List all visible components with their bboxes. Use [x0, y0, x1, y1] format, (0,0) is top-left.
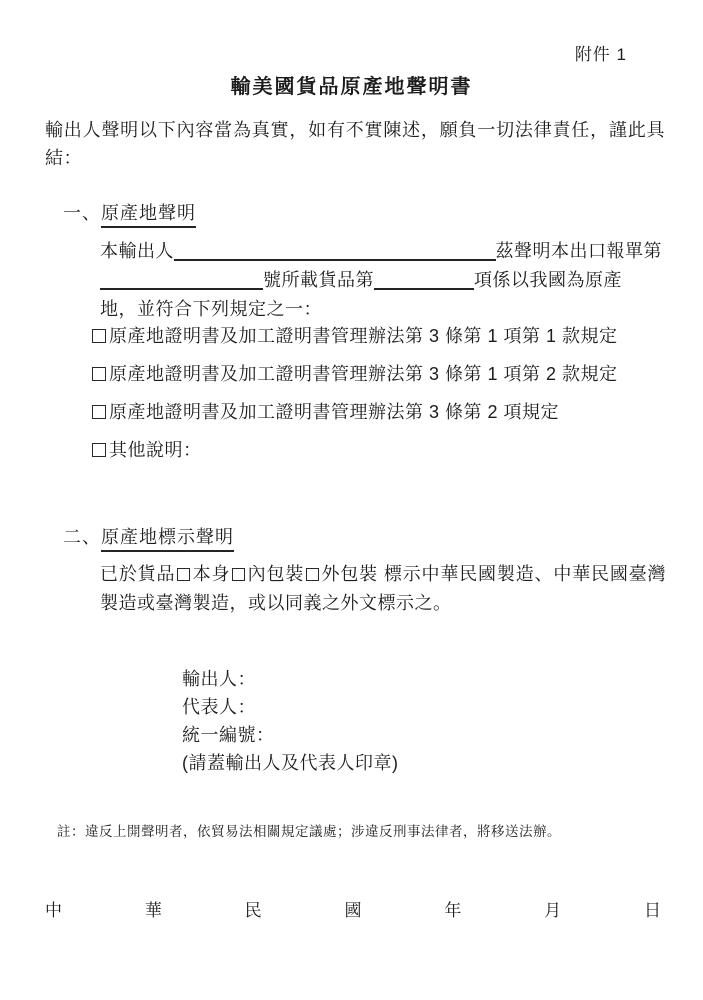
- option2-label: 原產地證明書及加工證明書管理辦法第 3 條第 1 項第 2 款規定: [109, 364, 618, 384]
- fill-line-1: 本輸出人 茲聲明本出口報單第: [100, 236, 662, 265]
- marking-inner-package-checkbox[interactable]: [232, 568, 245, 581]
- intro-paragraph: 輸出人聲明以下內容當為真實，如有不實陳述，願負一切法律責任，謹此具結：: [45, 116, 665, 172]
- option-other-label: 其他說明：: [109, 440, 202, 460]
- date-char-min: 民: [245, 896, 262, 921]
- signature-block: 輸出人： 代表人： 統一編號： (請蓋輸出人及代表人印章): [182, 665, 399, 777]
- option-other-checkbox[interactable]: [92, 443, 106, 457]
- fill-line3-text: 地，並符合下列規定之一：: [100, 296, 322, 323]
- export-declaration-number-field[interactable]: [100, 276, 263, 290]
- section2-heading: 二、原產地標示聲明: [63, 523, 234, 549]
- section1-options-list: 原產地證明書及加工證明書管理辦法第 3 條第 1 項第 1 款規定 原產地證明書…: [92, 322, 667, 474]
- declaration-document-page: 附件 1 輸美國貨品原產地聲明書 輸出人聲明以下內容當為真實，如有不實陳述，願負…: [0, 0, 703, 1000]
- option-row-2: 原產地證明書及加工證明書管理辦法第 3 條第 1 項第 2 款規定: [92, 360, 667, 384]
- seal-instruction-note: (請蓋輸出人及代表人印章): [182, 749, 399, 777]
- date-char-zhong: 中: [45, 896, 62, 921]
- option1-checkbox[interactable]: [92, 329, 106, 343]
- marking-on-goods-checkbox[interactable]: [177, 568, 190, 581]
- option-row-other: 其他說明：: [92, 436, 667, 460]
- exporter-name-field[interactable]: [174, 247, 496, 261]
- date-char-month: 月: [544, 896, 561, 921]
- date-char-year: 年: [444, 896, 461, 921]
- page-title: 輸美國貨品原產地聲明書: [0, 70, 703, 99]
- date-char-day: 日: [644, 896, 661, 921]
- fill-line1-prefix: 本輸出人: [100, 238, 174, 265]
- section1-heading: 一、原產地聲明: [63, 199, 196, 225]
- section2-body: 已於貨品本身內包裝外包裝 標示中華民國製造、中華民國臺灣製造或臺灣製造，或以同義…: [100, 560, 666, 618]
- option-row-3: 原產地證明書及加工證明書管理辦法第 3 條第 2 項規定: [92, 398, 667, 422]
- representative-signature-label: 代表人：: [182, 693, 399, 721]
- option2-checkbox[interactable]: [92, 367, 106, 381]
- section1-number: 一、: [63, 203, 101, 223]
- option1-label: 原產地證明書及加工證明書管理辦法第 3 條第 1 項第 1 款規定: [109, 326, 618, 346]
- exporter-signature-label: 輸出人：: [182, 665, 399, 693]
- section2-heading-text: 原產地標示聲明: [101, 527, 234, 552]
- marking-outer-package-checkbox[interactable]: [306, 568, 319, 581]
- legal-note: 註：違反上開聲明者，依貿易法相關規定議處；涉違反刑事法律者，將移送法辦。: [57, 820, 657, 840]
- marking-on-goods-label: 本身: [192, 564, 230, 584]
- uniform-number-label: 統一編號：: [182, 721, 399, 749]
- attachment-label: 附件 1: [575, 40, 627, 65]
- date-line: 中 華 民 國 年 月 日: [45, 896, 661, 921]
- item-number-field[interactable]: [374, 276, 474, 290]
- marking-outer-package-label: 外包裝: [321, 564, 378, 584]
- option-row-1: 原產地證明書及加工證明書管理辦法第 3 條第 1 項第 1 款規定: [92, 322, 667, 346]
- section1-declaration-paragraph: 本輸出人 茲聲明本出口報單第 號所載貨品第 項係以我國為原產 地，並符合下列規定…: [100, 236, 662, 323]
- marking-inner-package-label: 內包裝: [247, 564, 304, 584]
- fill-line2-suffix: 項係以我國為原產: [474, 267, 622, 294]
- section1-heading-text: 原產地聲明: [101, 203, 196, 228]
- section2-number: 二、: [63, 527, 101, 547]
- option3-label: 原產地證明書及加工證明書管理辦法第 3 條第 2 項規定: [109, 402, 559, 422]
- fill-line-3: 地，並符合下列規定之一：: [100, 294, 662, 323]
- section2-body-prefix: 已於貨品: [100, 564, 175, 584]
- option3-checkbox[interactable]: [92, 405, 106, 419]
- fill-line1-suffix: 茲聲明本出口報單第: [496, 238, 663, 265]
- fill-line-2: 號所載貨品第 項係以我國為原產: [100, 265, 662, 294]
- date-char-guo: 國: [344, 896, 361, 921]
- date-char-hua: 華: [145, 896, 162, 921]
- fill-line2-mid: 號所載貨品第: [263, 267, 374, 294]
